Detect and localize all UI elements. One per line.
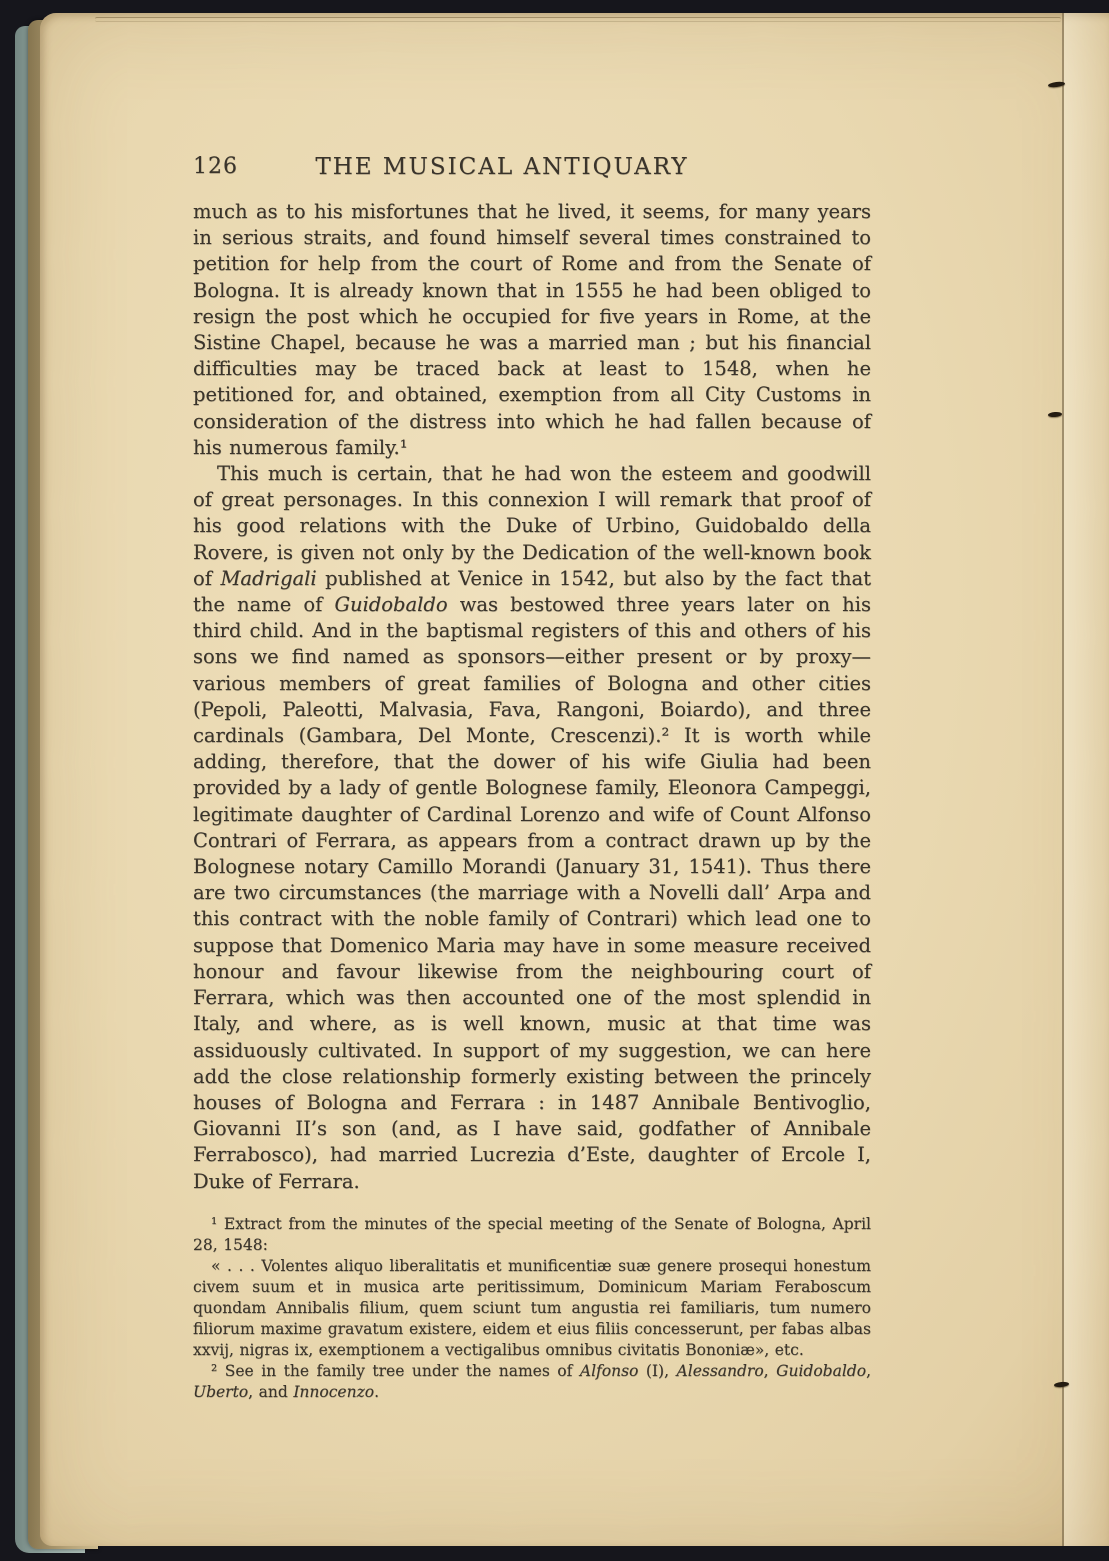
footnote: « . . . Volentes aliquo liberalitatis et… [193, 1256, 871, 1361]
footnote: ¹ Extract from the minutes of the specia… [193, 1214, 871, 1256]
body-text: much as to his misfortunes that he lived… [193, 199, 871, 1195]
paragraph: This much is certain, that he had won th… [193, 461, 871, 1195]
book-photo: 126 THE MUSICAL ANTIQUARY much as to his… [0, 0, 1109, 1561]
page-fold-line [1062, 13, 1064, 1546]
page-header: 126 THE MUSICAL ANTIQUARY [193, 152, 871, 182]
printed-content: 126 THE MUSICAL ANTIQUARY much as to his… [193, 152, 871, 1404]
footnotes: ¹ Extract from the minutes of the specia… [193, 1214, 871, 1404]
paragraph: much as to his misfortunes that he lived… [193, 199, 871, 461]
running-title: THE MUSICAL ANTIQUARY [133, 152, 871, 182]
page-top-edge [95, 17, 1061, 22]
footnote: ² See in the family tree under the names… [193, 1361, 871, 1403]
underlying-page-edge [1064, 13, 1109, 1546]
